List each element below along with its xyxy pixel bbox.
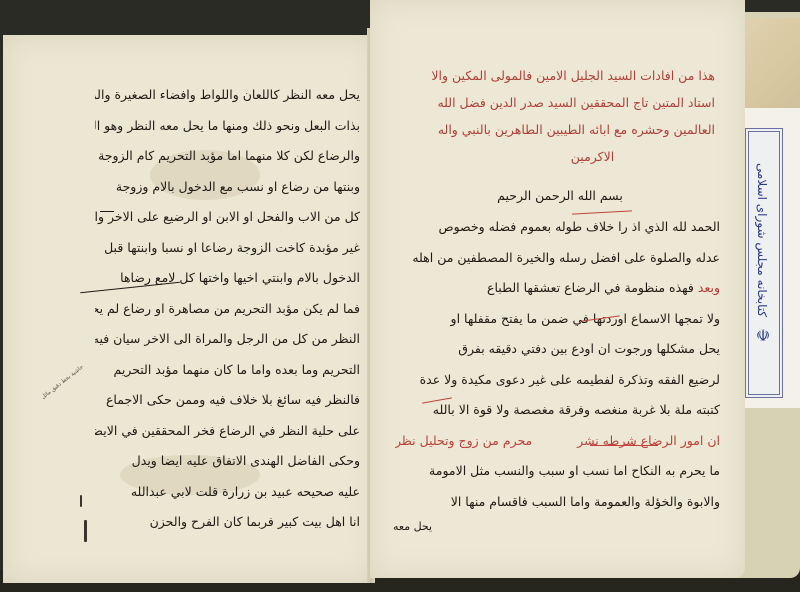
text-line: الدخول بالام وابنتي اخيها واختها كل لامع… xyxy=(95,263,360,294)
red-heading: هذا من افادات السيد الجليل الامين فالمول… xyxy=(410,62,715,170)
text-line: يحل معه النظر كاللعان واللواط وافضاء الص… xyxy=(95,80,360,111)
text-line: عليه صحيحه عبيد بن زرارة قلت لابي عبدالل… xyxy=(95,477,360,508)
emblem-icon: ☫ xyxy=(754,325,772,347)
text-line: لرضيع الفقه وتذكرة لفطيمه على غير دعوى م… xyxy=(395,365,720,396)
margin-mark xyxy=(84,520,87,542)
verse-left-hemistich: محرم من زوج وتحليل نظر xyxy=(395,426,532,457)
left-page-text: يحل معه النظر كاللعان واللواط وافضاء الص… xyxy=(95,80,360,538)
right-page-text: الحمد لله الذي اذ را خلاف طوله بعموم فضل… xyxy=(395,212,720,517)
text-line: الحمد لله الذي اذ را خلاف طوله بعموم فضل… xyxy=(395,212,720,243)
basmala: بسم الله الرحمن الرحيم xyxy=(480,188,640,203)
text-line: على حلية النظر في الرضاع فخر المحققين في… xyxy=(95,416,360,447)
text-line: والرضاع لكن كلا منهما اما مؤبد التحريم ك… xyxy=(95,141,360,172)
catchword: يحل معه xyxy=(393,520,432,533)
heading-line: الاكرمين xyxy=(410,143,715,170)
text-line: فما لم يكن مؤبد التحريم من مصاهرة او رضا… xyxy=(95,294,360,325)
text-line: ما يحرم به النكاح اما نسب او سبب والنسب … xyxy=(395,456,720,487)
text-line: والابوة والخؤلة والعمومة واما السبب فاقس… xyxy=(395,487,720,518)
text-line: وحكى الفاضل الهندى الاتفاق عليه ايضا ويد… xyxy=(95,446,360,477)
text-line: النظر من كل من الرجل والمراة الى الاخر س… xyxy=(95,324,360,355)
text-line: ولا تمجها الاسماع اوردتها في ضمن ما يفتح… xyxy=(395,304,720,335)
text-line: وبعد فهذه منظومة في الرضاع تعشقها الطباع xyxy=(395,273,720,304)
text-line: غير مؤبدة كاخت الزوجة رضاعا او نسبا وابن… xyxy=(95,233,360,264)
heading-line: العالمين وحشره مع ابائه الطيبين الطاهرين… xyxy=(410,116,715,143)
text-line: كل من الاب والفحل او الابن او الرضيع على… xyxy=(95,202,360,233)
text-line: التحريم وما بعده واما ما كان منهما مؤبد … xyxy=(95,355,360,386)
library-label-text: کتابخانه مجلس شورای اسلامی xyxy=(747,140,777,340)
overline xyxy=(100,211,114,212)
text-line: عدله والصلوة على افضل رسله والخيرة المصط… xyxy=(395,243,720,274)
text-line: يحل مشكلها ورجوت ان اودع بين دفتي دقيقه … xyxy=(395,334,720,365)
text-line: وبنتها من رضاع او نسب مع الدخول بالام وز… xyxy=(95,172,360,203)
text-span: فهذه منظومة في الرضاع تعشقها الطباع xyxy=(487,280,694,295)
verse-right-hemistich: ان امور الرضاع شرطه نشر xyxy=(577,426,720,457)
text-line: بذات البعل ونحو ذلك ومنها ما يحل معه الن… xyxy=(95,111,360,142)
red-word: وبعد xyxy=(698,280,720,295)
red-overline xyxy=(590,445,658,446)
margin-mark xyxy=(80,495,82,507)
heading-line: هذا من افادات السيد الجليل الامين فالمول… xyxy=(410,62,715,89)
red-verse: ان امور الرضاع شرطه نشر محرم من زوج وتحل… xyxy=(395,426,720,457)
text-line: انا اهل بيت كبير فربما كان الفرح والحزن xyxy=(95,507,360,538)
heading-line: استاد المتين تاج المحققين السيد صدر الدي… xyxy=(410,89,715,116)
text-line: فالنظر فيه سائغ بلا خلاف فيه وممن حكى ال… xyxy=(95,385,360,416)
